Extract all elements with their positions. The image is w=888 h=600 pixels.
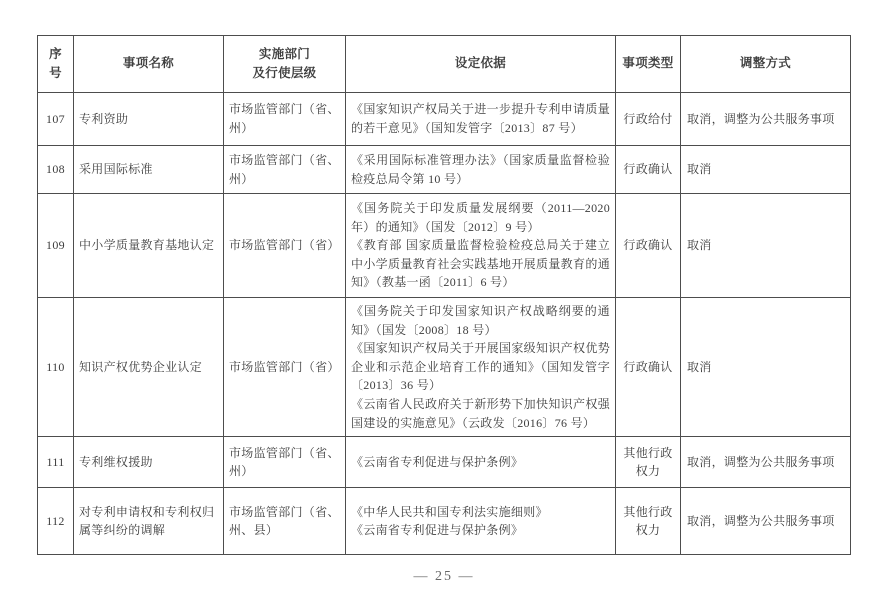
table-row: 112 对专利申请权和专利权归属等纠纷的调解 市场监管部门（省、州、县） 《中华… (38, 488, 851, 555)
cell-item-name: 专利维权援助 (74, 437, 224, 488)
cell-number: 107 (38, 93, 74, 146)
cell-basis: 《采用国际标准管理办法》（国家质量监督检验检疫总局令第 10 号） (346, 146, 616, 194)
header-cell-item-name: 事项名称 (74, 36, 224, 93)
cell-basis: 《中华人民共和国专利法实施细则》 《云南省专利促进与保护条例》 (346, 488, 616, 555)
cell-number: 111 (38, 437, 74, 488)
cell-adjustment: 取消 (681, 146, 851, 194)
table-row: 110 知识产权优势企业认定 市场监管部门（省） 《国务院关于印发国家知识产权战… (38, 298, 851, 437)
cell-item-name: 中小学质量教育基地认定 (74, 194, 224, 298)
header-cell-item-type: 事项类型 (616, 36, 681, 93)
cell-item-type: 行政给付 (616, 93, 681, 146)
cell-department: 市场监管部门（省、州） (224, 146, 346, 194)
cell-item-name: 专利资助 (74, 93, 224, 146)
cell-basis: 《国家知识产权局关于进一步提升专利申请质量的若干意见》（国知发管字〔2013〕8… (346, 93, 616, 146)
basis-citation: 《国务院关于印发国家知识产权战略纲要的通知》（国发〔2008〕18 号） (351, 302, 610, 339)
cell-adjustment: 取消，调整为公共服务事项 (681, 93, 851, 146)
header-cell-adjustment: 调整方式 (681, 36, 851, 93)
cell-basis: 《国务院关于印发国家知识产权战略纲要的通知》（国发〔2008〕18 号） 《国家… (346, 298, 616, 437)
cell-number: 108 (38, 146, 74, 194)
cell-number: 109 (38, 194, 74, 298)
header-cell-number: 序 号 (38, 36, 74, 93)
cell-adjustment: 取消 (681, 194, 851, 298)
header-cell-basis: 设定依据 (346, 36, 616, 93)
cell-item-type: 其他行政权力 (616, 488, 681, 555)
basis-citation: 《国家知识产权局关于进一步提升专利申请质量的若干意见》（国知发管字〔2013〕8… (351, 100, 610, 137)
table-row: 109 中小学质量教育基地认定 市场监管部门（省） 《国务院关于印发质量发展纲要… (38, 194, 851, 298)
cell-item-type: 行政确认 (616, 194, 681, 298)
cell-item-name: 知识产权优势企业认定 (74, 298, 224, 437)
cell-adjustment: 取消 (681, 298, 851, 437)
basis-citation: 《采用国际标准管理办法》（国家质量监督检验检疫总局令第 10 号） (351, 151, 610, 188)
table-row: 107 专利资助 市场监管部门（省、州） 《国家知识产权局关于进一步提升专利申请… (38, 93, 851, 146)
table-row: 111 专利维权援助 市场监管部门（省、州） 《云南省专利促进与保护条例》 其他… (38, 437, 851, 488)
cell-adjustment: 取消，调整为公共服务事项 (681, 437, 851, 488)
basis-citation: 《云南省专利促进与保护条例》 (351, 521, 610, 540)
cell-basis: 《云南省专利促进与保护条例》 (346, 437, 616, 488)
table-row: 108 采用国际标准 市场监管部门（省、州） 《采用国际标准管理办法》（国家质量… (38, 146, 851, 194)
page-number: — 25 — (0, 569, 888, 585)
basis-citation: 《国家知识产权局关于开展国家级知识产权优势企业和示范企业培育工作的通知》（国知发… (351, 339, 610, 395)
cell-item-type: 行政确认 (616, 146, 681, 194)
cell-item-name: 对专利申请权和专利权归属等纠纷的调解 (74, 488, 224, 555)
cell-item-type: 其他行政权力 (616, 437, 681, 488)
cell-department: 市场监管部门（省） (224, 194, 346, 298)
cell-department: 市场监管部门（省、州） (224, 93, 346, 146)
table-header-row: 序 号 事项名称 实施部门 及行使层级 设定依据 事项类型 调整方式 (38, 36, 851, 93)
cell-adjustment: 取消，调整为公共服务事项 (681, 488, 851, 555)
header-cell-department: 实施部门 及行使层级 (224, 36, 346, 93)
cell-department: 市场监管部门（省） (224, 298, 346, 437)
cell-item-name: 采用国际标准 (74, 146, 224, 194)
cell-number: 112 (38, 488, 74, 555)
document-page: 序 号 事项名称 实施部门 及行使层级 设定依据 事项类型 调整方式 107 专… (0, 0, 888, 600)
basis-citation: 《中华人民共和国专利法实施细则》 (351, 503, 610, 522)
cell-department: 市场监管部门（省、州） (224, 437, 346, 488)
cell-item-type: 行政确认 (616, 298, 681, 437)
basis-citation: 《云南省专利促进与保护条例》 (351, 453, 610, 472)
cell-number: 110 (38, 298, 74, 437)
items-table: 序 号 事项名称 实施部门 及行使层级 设定依据 事项类型 调整方式 107 专… (37, 35, 851, 555)
cell-department: 市场监管部门（省、州、县） (224, 488, 346, 555)
basis-citation: 《国务院关于印发质量发展纲要（2011—2020年）的通知》（国发〔2012〕9… (351, 199, 610, 236)
basis-citation: 《云南省人民政府关于新形势下加快知识产权强国建设的实施意见》（云政发〔2016〕… (351, 395, 610, 432)
cell-basis: 《国务院关于印发质量发展纲要（2011—2020年）的通知》（国发〔2012〕9… (346, 194, 616, 298)
basis-citation: 《教育部 国家质量监督检验检疫总局关于建立中小学质量教育社会实践基地开展质量教育… (351, 236, 610, 292)
